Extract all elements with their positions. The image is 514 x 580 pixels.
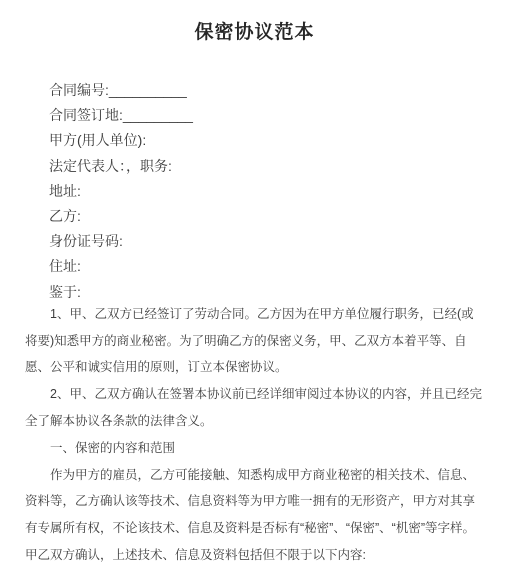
field-line-residence: 住址: (25, 254, 484, 279)
field-line-party-b: 乙方: (25, 204, 484, 229)
field-line-id-number: 身份证号码: (25, 229, 484, 254)
paragraph-clause-1: 1、甲、乙双方已经签订了劳动合同。乙方因为在甲方单位履行职务，已经(或将要)知悉… (25, 301, 484, 381)
paragraph-clause-2: 2、甲、乙双方确认在签署本协议前已经详细审阅过本协议的内容，并且已经完全了解本协… (25, 381, 484, 435)
field-line-contract-number: 合同编号:__________ (25, 78, 484, 103)
field-line-party-a: 甲方(用人单位): (25, 128, 484, 153)
document-page: 保密协议范本 合同编号:__________ 合同签订地:_________ 甲… (0, 0, 514, 580)
field-line-signing-place: 合同签订地:_________ (25, 103, 484, 128)
page-title: 保密协议范本 (25, 20, 484, 46)
section-heading-scope: 一、保密的内容和范围 (25, 435, 484, 462)
paragraph-scope-intro: 作为甲方的雇员，乙方可能接触、知悉构成甲方商业秘密的相关技术、信息、资料等，乙方… (25, 462, 484, 569)
body-paragraphs: 1、甲、乙双方已经签订了劳动合同。乙方因为在甲方单位履行职务，已经(或将要)知悉… (25, 301, 484, 569)
contract-fields: 合同编号:__________ 合同签订地:_________ 甲方(用人单位)… (25, 78, 484, 305)
field-line-address: 地址: (25, 179, 484, 204)
field-line-legal-representative: 法定代表人：，职务: (25, 154, 484, 179)
